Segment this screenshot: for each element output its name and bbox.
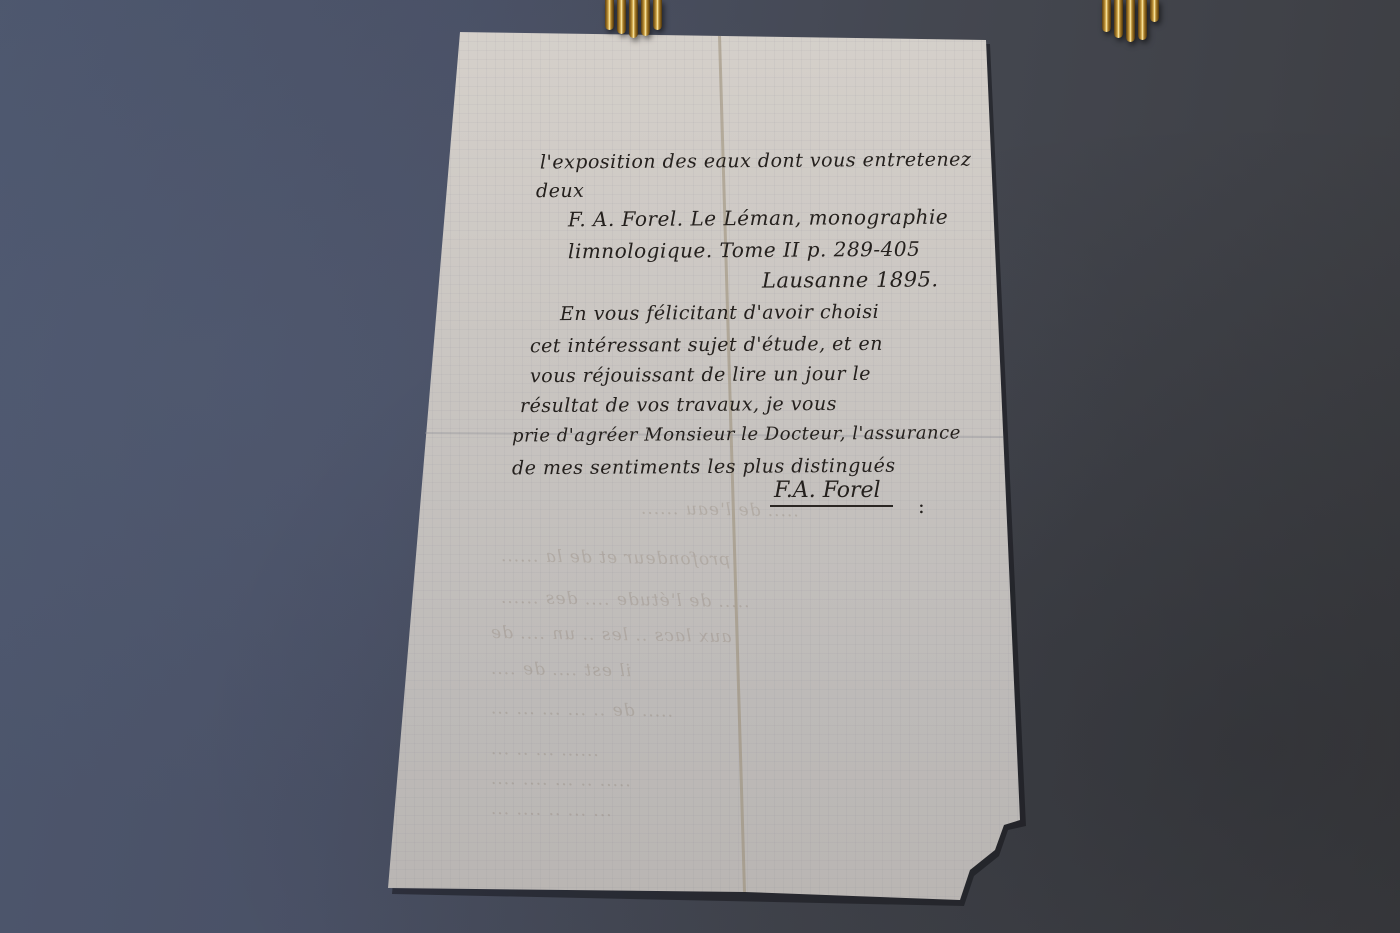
letter-line: cet intéressant sujet d'étude, et en xyxy=(530,333,883,357)
bleed-through-line: ..... de .. ... ... ... ... xyxy=(490,698,673,721)
letter-line-citation: F. A. Forel. Le Léman, monographie xyxy=(568,205,948,232)
bleed-through-line: aux lacs .. les .. un .... de xyxy=(490,623,732,647)
bleed-through-line: ...... ... .. ... xyxy=(490,739,599,761)
signature: F.A. Forel xyxy=(770,478,893,507)
letter-line: vous réjouissant de lire un jour le xyxy=(530,363,871,387)
letter-line: prie d'agréer Monsieur le Docteur, l'ass… xyxy=(512,422,961,446)
letter-line: En vous félicitant d'avoir choisi xyxy=(560,301,879,325)
letter-line: l'exposition des eaux dont vous entreten… xyxy=(540,148,972,173)
letter-line: deux xyxy=(536,180,585,202)
gold-clip-right xyxy=(1102,0,1159,40)
signature-colon: : xyxy=(918,494,925,518)
letter-line: résultat de vos travaux, je vous xyxy=(520,393,837,417)
gold-clip-left xyxy=(605,0,662,40)
bleed-through-line: profondeur et de la ...... xyxy=(500,546,731,570)
bleed-through-line: ..... .. ... .... .... xyxy=(490,769,631,791)
letter-line-place-date: Lausanne 1895. xyxy=(762,267,939,292)
bleed-through-line: ... ... .. .... ... xyxy=(490,799,612,821)
bleed-through-line: il est .... de .... xyxy=(490,659,632,681)
letter-line: de mes sentiments les plus distingués xyxy=(512,455,896,480)
letter-line-citation: limnologique. Tome II p. 289-405 xyxy=(568,237,920,263)
